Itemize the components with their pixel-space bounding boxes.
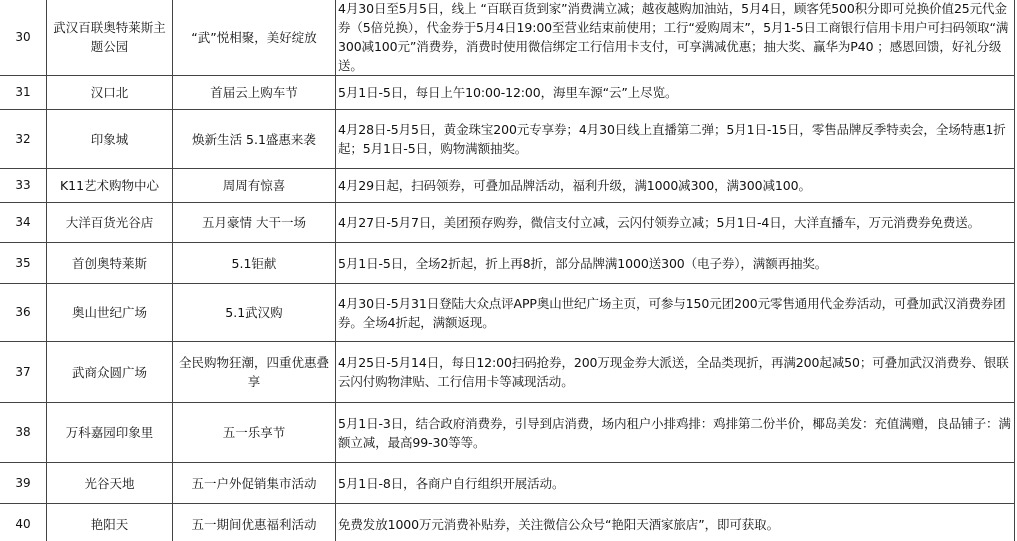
venue-name-cell: 汉口北: [47, 76, 173, 110]
venue-name-cell: K11艺术购物中心: [47, 169, 173, 203]
table-row: 35 首创奥特莱斯 5.1钜献 5月1日-5日，全场2折起，折上再8折，部分品牌…: [0, 243, 1015, 284]
row-number-cell: 35: [0, 243, 47, 284]
event-theme-cell: 焕新生活 5.1盛惠来袭: [173, 110, 336, 169]
venue-name-cell: 奥山世纪广场: [47, 284, 173, 342]
row-number-cell: 31: [0, 76, 47, 110]
event-theme-cell: 五一乐享节: [173, 403, 336, 463]
venue-name-cell: 艳阳天: [47, 504, 173, 541]
event-theme-cell: 五月豪情 大干一场: [173, 203, 336, 243]
table-row: 31 汉口北 首届云上购车节 5月1日-5日，每日上午10:00-12:00，海…: [0, 76, 1015, 110]
table-row: 38 万科嘉园印象里 五一乐享节 5月1日-3日，结合政府消费券，引导到店消费，…: [0, 403, 1015, 463]
row-number-cell: 32: [0, 110, 47, 169]
venue-name-cell: 首创奥特莱斯: [47, 243, 173, 284]
venue-name-cell: 武商众圆广场: [47, 342, 173, 403]
table-row: 37 武商众圆广场 全民购物狂潮，四重优惠叠享 4月25日-5月14日，每日12…: [0, 342, 1015, 403]
venue-name-cell: 印象城: [47, 110, 173, 169]
event-theme-cell: 周周有惊喜: [173, 169, 336, 203]
event-theme-cell: 首届云上购车节: [173, 76, 336, 110]
event-detail-cell: 5月1日-8日，各商户自行组织开展活动。: [336, 463, 1015, 504]
row-number-cell: 37: [0, 342, 47, 403]
row-number-cell: 38: [0, 403, 47, 463]
event-theme-cell: 5.1钜献: [173, 243, 336, 284]
event-theme-cell: 五一期间优惠福利活动: [173, 504, 336, 541]
venue-name-cell: 万科嘉园印象里: [47, 403, 173, 463]
event-detail-cell: 4月27日-5月7日，美团预存购券，微信支付立减，云闪付领券立减；5月1日-4日…: [336, 203, 1015, 243]
event-theme-cell: 五一户外促销集市活动: [173, 463, 336, 504]
event-theme-cell: 全民购物狂潮，四重优惠叠享: [173, 342, 336, 403]
venue-name-cell: 武汉百联奥特莱斯主题公园: [47, 0, 173, 76]
event-theme-cell: “武”悦相聚，美好绽放: [173, 0, 336, 76]
event-detail-cell: 免费发放1000万元消费补贴券，关注微信公众号“艳阳天酒家旅店”，即可获取。: [336, 504, 1015, 541]
table-row: 30 武汉百联奥特莱斯主题公园 “武”悦相聚，美好绽放 4月30日至5月5日，线…: [0, 0, 1015, 76]
event-detail-cell: 5月1日-5日，全场2折起，折上再8折，部分品牌满1000送300（电子券），满…: [336, 243, 1015, 284]
table-row: 36 奥山世纪广场 5.1武汉购 4月30日-5月31日登陆大众点评APP奥山世…: [0, 284, 1015, 342]
table-row: 39 光谷天地 五一户外促销集市活动 5月1日-8日，各商户自行组织开展活动。: [0, 463, 1015, 504]
row-number-cell: 40: [0, 504, 47, 541]
promotions-table-body: 30 武汉百联奥特莱斯主题公园 “武”悦相聚，美好绽放 4月30日至5月5日，线…: [0, 0, 1015, 541]
event-theme-cell: 5.1武汉购: [173, 284, 336, 342]
venue-name-cell: 光谷天地: [47, 463, 173, 504]
row-number-cell: 33: [0, 169, 47, 203]
table-row: 33 K11艺术购物中心 周周有惊喜 4月29日起，扫码领券，可叠加品牌活动，福…: [0, 169, 1015, 203]
row-number-cell: 39: [0, 463, 47, 504]
row-number-cell: 36: [0, 284, 47, 342]
event-detail-cell: 4月28日-5月5日，黄金珠宝200元专享券；4月30日线上直播第二弹；5月1日…: [336, 110, 1015, 169]
promotions-table: 30 武汉百联奥特莱斯主题公园 “武”悦相聚，美好绽放 4月30日至5月5日，线…: [0, 0, 1015, 541]
table-row: 32 印象城 焕新生活 5.1盛惠来袭 4月28日-5月5日，黄金珠宝200元专…: [0, 110, 1015, 169]
row-number-cell: 34: [0, 203, 47, 243]
event-detail-cell: 4月25日-5月14日，每日12:00扫码抢券，200万现金券大派送，全品类现折…: [336, 342, 1015, 403]
venue-name-cell: 大洋百货光谷店: [47, 203, 173, 243]
event-detail-cell: 4月30日至5月5日，线上 “百联百货到家”消费满立减；越夜越购加油站，5月4日…: [336, 0, 1015, 76]
event-detail-cell: 4月30日-5月31日登陆大众点评APP奥山世纪广场主页，可参与150元团200…: [336, 284, 1015, 342]
row-number-cell: 30: [0, 0, 47, 76]
event-detail-cell: 4月29日起，扫码领券，可叠加品牌活动，福利升级，满1000减300，满300减…: [336, 169, 1015, 203]
event-detail-cell: 5月1日-3日，结合政府消费券，引导到店消费，场内租户小排鸡排：鸡排第二份半价，…: [336, 403, 1015, 463]
event-detail-cell: 5月1日-5日，每日上午10:00-12:00，海里车源“云”上尽览。: [336, 76, 1015, 110]
table-row: 34 大洋百货光谷店 五月豪情 大干一场 4月27日-5月7日，美团预存购券，微…: [0, 203, 1015, 243]
table-row: 40 艳阳天 五一期间优惠福利活动 免费发放1000万元消费补贴券，关注微信公众…: [0, 504, 1015, 541]
